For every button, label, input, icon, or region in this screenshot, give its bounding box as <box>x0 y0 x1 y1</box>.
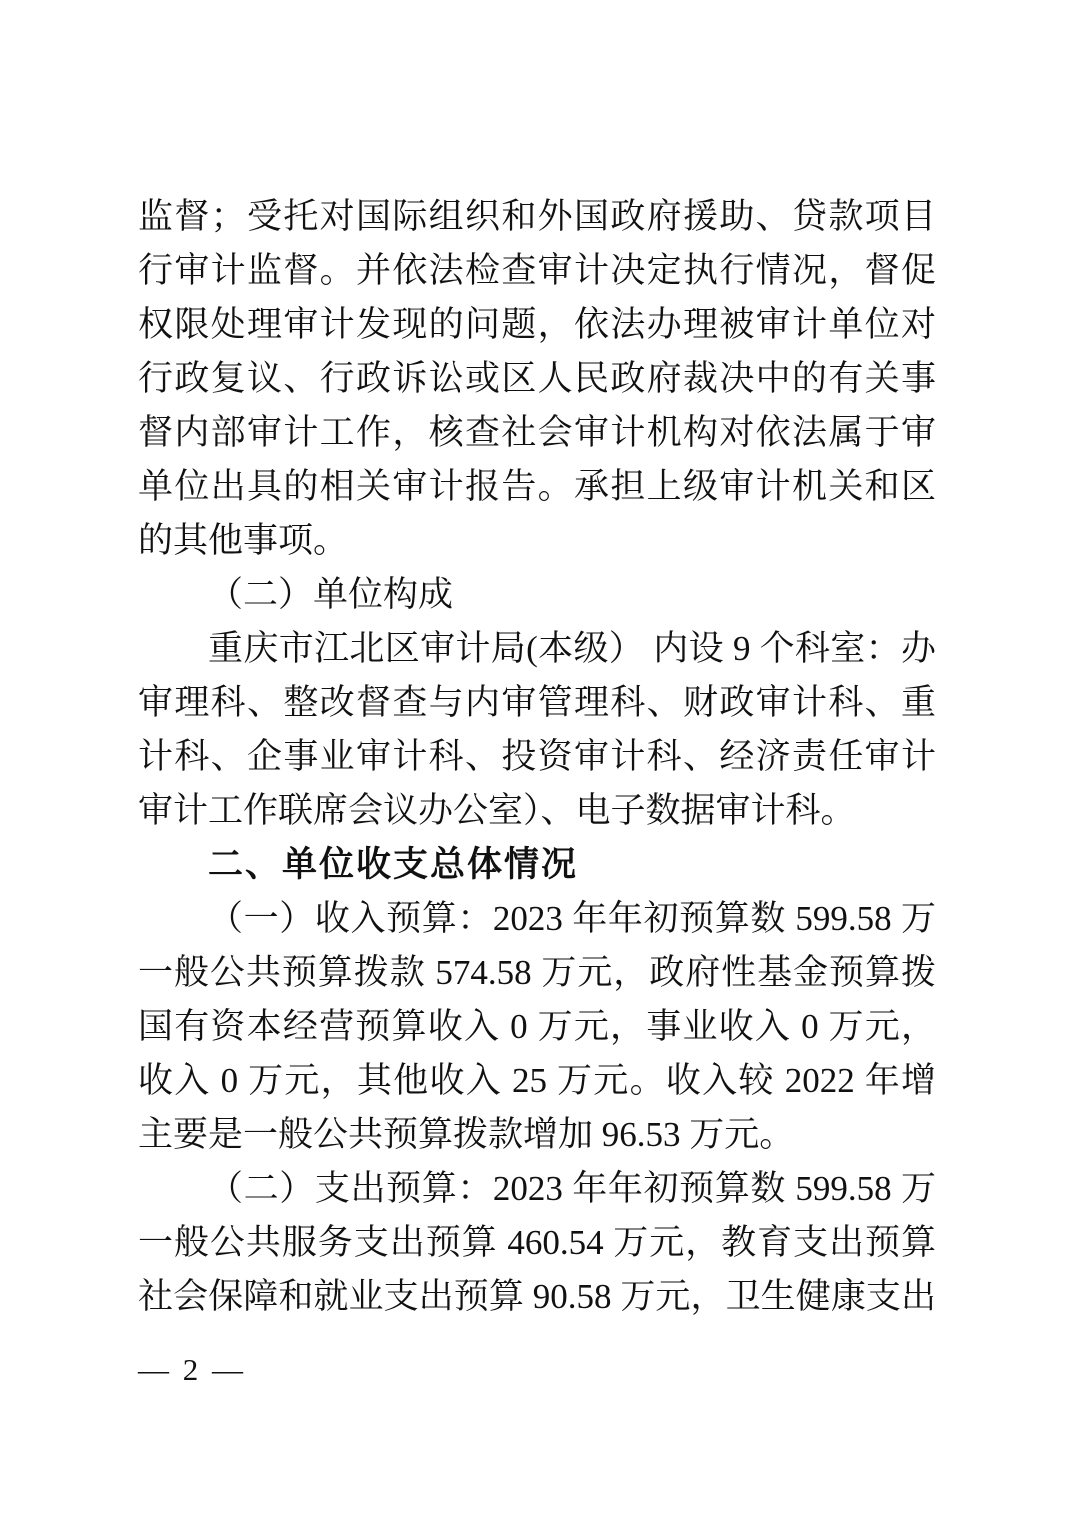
text-line: 监督；受托对国际组织和外国政府援助、贷款项目的财务收支进 <box>138 190 936 244</box>
paragraph-income-budget: （一）收入预算：2023 年年初预算数 599.58 万元，其中：一般公共预算拨… <box>138 892 936 1162</box>
paragraph-unit-composition: 重庆市江北区审计局(本级） 内设 9 个科室：办公室、法规审理科、整改督查与内审… <box>138 622 936 838</box>
heading-section-two-overall-budget: 二、单位收支总体情况 <box>138 838 936 892</box>
text-line: 一般公共预算拨款 574.58 万元，政府性基金预算拨款 0 万元， <box>138 946 936 1000</box>
text-line: 行政复议、行政诉讼或区人民政府裁决中的有关事项。指导和监 <box>138 352 936 406</box>
subheading-unit-composition: （二）单位构成 <box>138 568 936 622</box>
text-line: 主要是一般公共预算拨款增加 96.53 万元。 <box>138 1108 936 1162</box>
text-line: 审计工作联席会议办公室）、电子数据审计科。 <box>138 784 936 838</box>
text-line: （二）单位构成 <box>138 568 936 622</box>
text-line: 计科、企事业审计科、投资审计科、经济责任审计科（经济责任 <box>138 730 936 784</box>
text-line: 一般公共服务支出预算 460.54 万元，教育支出预算 0.94 万元， <box>138 1216 936 1270</box>
page-number: — 2 — <box>138 1352 246 1387</box>
text-line: 收入 0 万元，其他收入 25 万元。收入较 2022 年增加 96.53 万元… <box>138 1054 936 1108</box>
text-line: 权限处理审计发现的问题，依法办理被审计单位对审计决定提请 <box>138 298 936 352</box>
text-line: （一）收入预算：2023 年年初预算数 599.58 万元，其中： <box>138 892 936 946</box>
text-line: 督内部审计工作，核查社会审计机构对依法属于审计监督对象的 <box>138 406 936 460</box>
document-page: 监督；受托对国际组织和外国政府援助、贷款项目的财务收支进行审计监督。并依法检查审… <box>0 0 1074 1520</box>
document-body: 监督；受托对国际组织和外国政府援助、贷款项目的财务收支进行审计监督。并依法检查审… <box>138 190 936 1324</box>
text-line: 重庆市江北区审计局(本级） 内设 9 个科室：办公室、法规 <box>138 622 936 676</box>
page-footer: — 2 — <box>138 1350 246 1390</box>
paragraph-expenditure-budget: （二）支出预算：2023 年年初预算数 599.58 万元，其中：一般公共服务支… <box>138 1162 936 1324</box>
text-line: 社会保障和就业支出预算 90.58 万元，卫生健康支出预算 18.71 <box>138 1270 936 1324</box>
text-line: 行审计监督。并依法检查审计决定执行情况，督促纠正和按法定 <box>138 244 936 298</box>
text-line: （二）支出预算：2023 年年初预算数 599.58 万元，其中： <box>138 1162 936 1216</box>
text-line: 二、单位收支总体情况 <box>138 838 936 892</box>
text-line: 单位出具的相关审计报告。承担上级审计机关和区人民政府交办 <box>138 460 936 514</box>
paragraph-audit-duties-continued: 监督；受托对国际组织和外国政府援助、贷款项目的财务收支进行审计监督。并依法检查审… <box>138 190 936 568</box>
text-line: 国有资本经营预算收入 0 万元，事业收入 0 万元，事业单位经营 <box>138 1000 936 1054</box>
text-line: 的其他事项。 <box>138 514 936 568</box>
text-line: 审理科、整改督查与内审管理科、财政审计科、重大政策跟踪审 <box>138 676 936 730</box>
